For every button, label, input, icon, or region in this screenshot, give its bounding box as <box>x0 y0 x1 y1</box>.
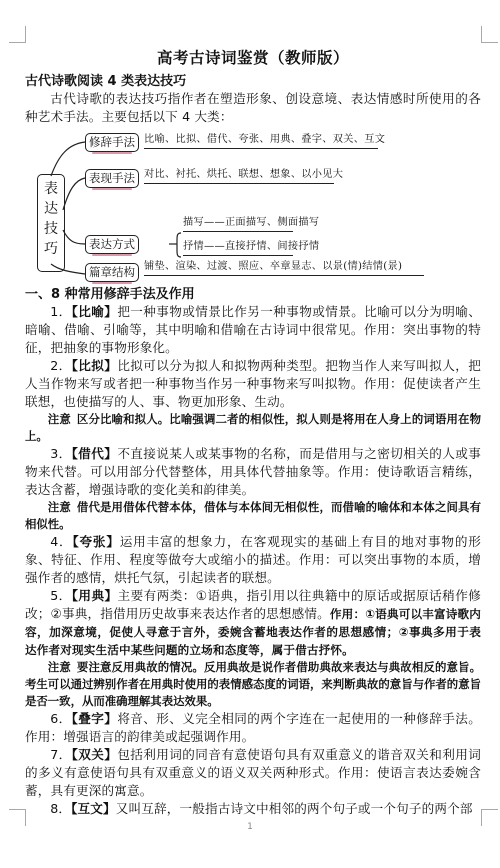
mindmap-node-expression-methods: 表现手法 <box>85 169 139 188</box>
root-char: 表 <box>40 179 62 199</box>
mindmap-leaf-expression-methods: 对比、衬托、烘托、联想、想象、以小见大 <box>144 168 334 184</box>
list-item-pun: 7．【双关】包括利用词的同音有意使语句具有双重意义的谐音双关和利用词的多义有意使… <box>25 746 481 800</box>
intro-paragraph: 古代诗歌的表达技巧指作者在塑造形象、创设意境、表达情感时所使用的各种艺术手法。主… <box>25 90 481 126</box>
item-term: 【用典】 <box>72 588 118 603</box>
list-item-hyperbole: 4．【夸张】运用丰富的想象力，在客观现实的基础上有目的地对事物的形象、特征、作用… <box>25 533 481 587</box>
note-label: 注意 <box>48 500 71 514</box>
mindmap-node-rhetoric: 修辞手法 <box>85 133 139 152</box>
list-item-metonymy: 3．【借代】不直接说某人或某事物的名称，而是借用与之密切相关的人或事物来代替。可… <box>25 445 481 499</box>
list-item-metaphor: 1．【比喻】把一种事物或情景比作另一种事物或情景。比喻可以分为明喻、暗喻、借喻、… <box>25 303 481 357</box>
mindmap-leaf-rhetoric: 比喻、比拟、借代、夸张、用典、叠字、双关、互文 <box>144 133 378 149</box>
mindmap-node-expression-modes: 表达方式 <box>85 235 139 254</box>
document-title: 高考古诗词鉴赏（教师版） <box>25 48 481 68</box>
page-number: 1 <box>0 822 500 832</box>
section-heading: 一、8 种常用修辞手法及作用 <box>25 286 481 303</box>
note-text: 区分比喻和拟人。比喻强调二者的相似性，拟人则是将用在人身上的词语用在物上。 <box>25 412 481 443</box>
item-term: 【借代】 <box>72 446 118 461</box>
item-number: 7． <box>50 747 71 762</box>
intro-heading: 古代诗歌阅读 4 类表达技巧 <box>25 73 481 90</box>
item-text: 又叫互辞，一般指古诗文中相邻的两个句子或一个句子的两个部 <box>116 801 473 816</box>
item-number: 1． <box>50 304 71 319</box>
item-term: 【互文】 <box>71 801 116 816</box>
item-term: 【比喻】 <box>72 304 118 319</box>
mindmap-node-structure: 篇章结构 <box>85 263 139 282</box>
item-number: 4． <box>50 534 72 549</box>
item-number: 6． <box>50 711 71 726</box>
item-number: 8． <box>50 801 71 816</box>
page-corner-mark <box>9 26 26 43</box>
item-term: 【叠字】 <box>72 711 118 726</box>
note-paragraph: 注意区分比喻和拟人。比喻强调二者的相似性，拟人则是将用在人身上的词语用在物上。 <box>25 411 481 445</box>
list-item-personification: 2．【比拟】比拟可以分为拟人和拟物两种类型。把物当作人来写叫拟人，把人当作物来写… <box>25 357 481 411</box>
list-item-intertextuality: 8．【互文】又叫互辞，一般指古诗文中相邻的两个句子或一个句子的两个部 <box>25 800 481 818</box>
mindmap-leaf-description: 描写——正面描写、侧面描写 <box>183 216 293 232</box>
root-char: 巧 <box>40 239 62 259</box>
item-term: 【比拟】 <box>72 358 118 373</box>
list-item-reduplication: 6．【叠字】将音、形、义完全相同的两个字连在一起使用的一种修辞手法。作用：增强语… <box>25 710 481 746</box>
item-term: 【双关】 <box>72 747 118 762</box>
item-number: 5． <box>50 588 72 603</box>
root-char: 技 <box>40 219 62 239</box>
mindmap-leaf-lyricism: 抒情——直接抒情、间接抒情 <box>183 240 293 256</box>
root-char: 达 <box>40 199 62 219</box>
expression-techniques-mindmap: 表 达 技 巧 修辞手法 比喻、比拟、借代、夸张、用典、叠字、双关、互文 表现手… <box>25 130 481 278</box>
page-corner-mark <box>481 26 498 43</box>
item-number: 2． <box>50 358 71 373</box>
note-label: 注意 <box>48 412 71 426</box>
item-number: 3． <box>50 446 71 461</box>
note-text: 要注意反用典故的情况。反用典故是说作者借助典故来表达与典故相反的意旨。考生可以通… <box>25 660 481 708</box>
document-page: 高考古诗词鉴赏（教师版） 古代诗歌阅读 4 类表达技巧 古代诗歌的表达技巧指作者… <box>25 48 481 818</box>
note-paragraph: 注意要注意反用典故的情况。反用典故是说作者借助典故来表达与典故相反的意旨。考生可… <box>25 659 481 710</box>
mindmap-root-node: 表 达 技 巧 <box>37 174 65 272</box>
note-label: 注意 <box>48 660 71 674</box>
item-term: 【夸张】 <box>72 534 119 549</box>
mindmap-leaf-structure: 铺垫、渲染、过渡、照应、卒章显志、以景(情)结情(景) <box>144 260 424 276</box>
note-text: 借代是用借体代替本体，借体与本体间无相似性，而借喻的喻体和本体之间具有相似性。 <box>25 500 481 531</box>
list-item-allusion: 5．【用典】主要有两类：①语典，指引用以往典籍中的原话或据原话稍作修改；②事典，… <box>25 587 481 659</box>
note-paragraph: 注意借代是用借体代替本体，借体与本体间无相似性，而借喻的喻体和本体之间具有相似性… <box>25 499 481 533</box>
